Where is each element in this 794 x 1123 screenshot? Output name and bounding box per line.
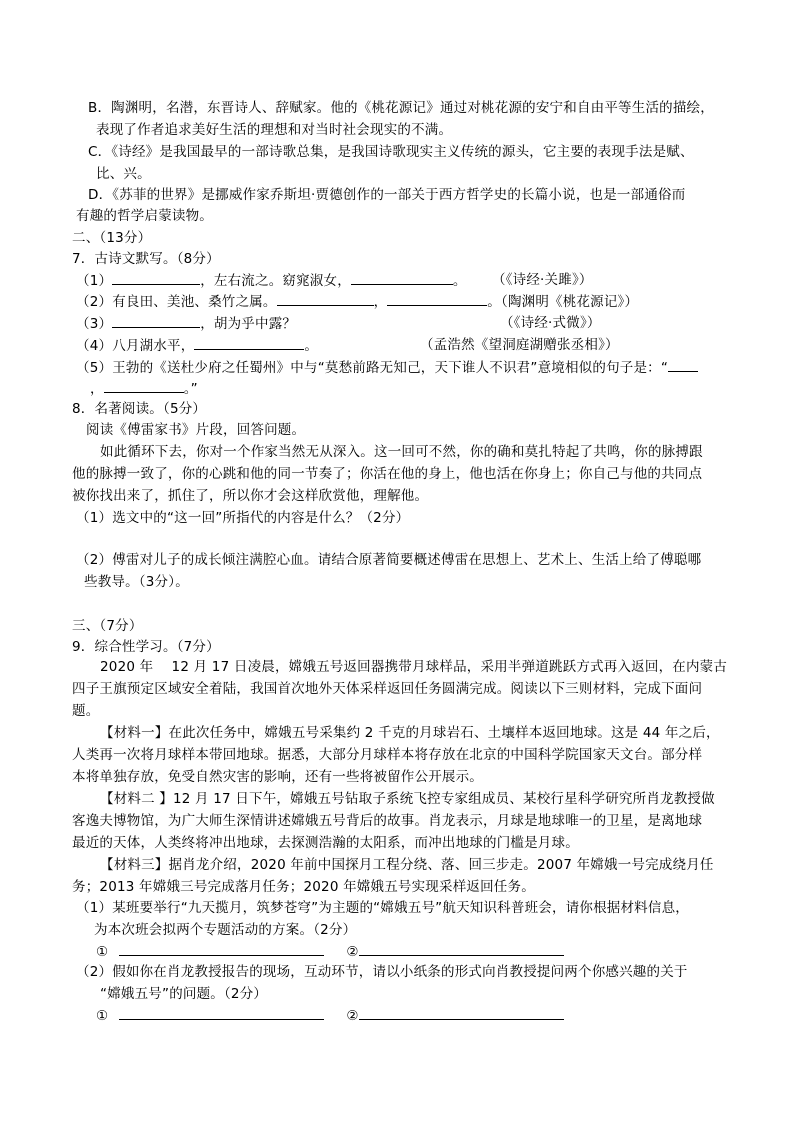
q7-5-end: 。”: [184, 381, 198, 397]
circle-1-marker: ①: [96, 944, 108, 960]
circle-2-marker: ②: [346, 944, 358, 960]
q7-1-end: 。: [453, 273, 467, 289]
circle-2-marker: ②: [346, 1008, 358, 1024]
q7-4-source: （孟浩然《望洞庭湖赠张丞相》）: [420, 335, 619, 355]
q8-sub2-line2: 些教导。（3分）。: [84, 572, 189, 592]
q9-sub1-line2: 为本次班会拟两个专题活动的方案。（2分）: [94, 920, 356, 940]
q7-5-text: （5）王勃的《送杜少府之任蜀州》中与“莫愁前路无知己，天下谁人不识君”意境相似的…: [76, 360, 668, 376]
q9-sub2-answer-1[interactable]: [119, 1005, 324, 1020]
option-c-line1: C．《诗经》是我国最早的一部诗歌总集，是我国诗歌现实主义传统的源头，它主要的表现…: [88, 142, 694, 162]
q7-title: 7．古诗文默写。（8分）: [72, 249, 220, 269]
q7-1-blank-a[interactable]: [112, 270, 200, 285]
q7-2-label: （2）有良田、美池、桑竹之属。: [76, 294, 277, 310]
q7-item-3: （3），胡为乎中露？: [76, 313, 296, 334]
q9-sub2-line1: （2）假如你在肖龙教授报告的现场，互动环节，请以小纸条的形式向肖教授提问两个你感…: [76, 962, 688, 982]
q7-item-1: （1），左右流之。窈窕淑女，。: [76, 270, 467, 291]
q9-title: 9．综合性学习。（7分）: [72, 637, 220, 657]
q9-sub2-answer-2[interactable]: [359, 1005, 564, 1020]
material-1-line3: 本将单独存放，免受自然灾害的影响，还有一些将被留作公开展示。: [72, 767, 483, 787]
q8-passage-line2: 他的脉搏一致了，你的心跳和他的同一节奏了；你活在他的身上，他也活在你身上；你自己…: [72, 464, 702, 484]
q9-sub1-answer-1[interactable]: [119, 941, 324, 956]
q7-2-blank-b[interactable]: [387, 291, 487, 306]
q7-3-blank[interactable]: [112, 313, 200, 328]
q9-sub1-answers: ① ②: [96, 941, 564, 962]
q7-4-label: （4）八月湖水平，: [76, 338, 194, 354]
q7-2-comma: ，: [374, 294, 388, 310]
q9-sub1-line1: （1）某班要举行“九天揽月，筑梦苍穹”为主题的“嫦娥五号”航天知识科普班会，请你…: [76, 898, 689, 918]
q7-5-blank-a[interactable]: [668, 357, 698, 372]
q8-passage-line3: 被你找出来了，抓住了，所以你才会这样欣赏他，理解他。: [72, 486, 428, 506]
q7-4-end: 。: [304, 338, 318, 354]
material-2-line3: 最近的天体，人类终将冲出地球，去探测浩瀚的太阳系，而冲出地球的门槛是月球。: [72, 833, 579, 853]
q7-item-5: （5）王勃的《送杜少府之任蜀州》中与“莫愁前路无知己，天下谁人不识君”意境相似的…: [76, 357, 698, 378]
q9-intro-line1: 2020 年 12 月 17 日凌晨，嫦娥五号返回器携带月球样品，采用半弹道跳跃…: [100, 657, 727, 677]
material-3-line2: 务；2013 年嫦娥三号完成落月任务；2020 年嫦娥五号实现采样返回任务。: [72, 877, 535, 897]
q8-title: 8．名著阅读。（5分）: [72, 399, 206, 419]
q9-intro-line3: 题。: [72, 701, 99, 721]
q7-item-5-line2: ，。”: [90, 378, 198, 399]
q7-item-2: （2）有良田、美池、桑竹之属。，。（陶渊明《桃花源记》）: [76, 291, 638, 312]
q7-2-blank-a[interactable]: [277, 291, 374, 306]
material-2-line1: 【材料二 】12 月 17 日下午，嫦娥五号钻取子系统飞控专家组成员、某校行星科…: [100, 789, 715, 809]
q8-intro: 阅读《傅雷家书》片段，回答问题。: [86, 420, 305, 440]
material-2-line2: 客逸夫博物馆，为广大师生深情讲述嫦娥五号背后的故事。肖龙表示，月球是地球唯一的卫…: [72, 811, 702, 831]
material-1-line1: 【材料一】在此次任务中，嫦娥五号采集约 2 千克的月球岩石、土壤样本返回地球。这…: [100, 723, 720, 743]
option-d-line1: D．《苏菲的世界》是挪威作家乔斯坦·贾德创作的一部关于西方哲学史的长篇小说，也是…: [88, 185, 685, 205]
q7-item-4: （4）八月湖水平，。: [76, 335, 318, 356]
q7-3-source: （《诗经·式微》）: [500, 313, 601, 333]
option-c-line2: 比、兴。: [96, 164, 151, 184]
q9-sub2-line2: “嫦娥五号”的问题。（2分）: [100, 984, 267, 1004]
q7-4-blank[interactable]: [194, 335, 304, 350]
option-b-line2: 表现了作者追求美好生活的理想和对当时社会现实的不满。: [96, 120, 452, 140]
material-3-line1: 【材料三】据肖龙介绍，2020 年前中国探月工程分绕、落、回三步走。2007 年…: [100, 855, 714, 875]
q8-sub2-line1: （2）傅雷对儿子的成长倾注满腔心血。请结合原著简要概述傅雷在思想上、艺术上、生活…: [76, 550, 701, 570]
q9-sub1-answer-2[interactable]: [359, 941, 564, 956]
q7-3-text: ，胡为乎中露？: [200, 316, 296, 332]
q7-5-blank-b[interactable]: [104, 378, 184, 393]
q7-1-text: ，左右流之。窈窕淑女，: [200, 273, 351, 289]
q7-3-label: （3）: [76, 316, 112, 332]
q7-1-blank-b[interactable]: [351, 270, 453, 285]
option-b-line1: B．陶渊明，名潜，东晋诗人、辞赋家。他的《桃花源记》通过对桃花源的安宁和自由平等…: [88, 98, 714, 118]
section-3-heading: 三、（7分）: [72, 616, 143, 636]
q9-sub2-answers: ① ②: [96, 1005, 564, 1026]
material-1-line2: 人类再一次将月球样本带回地球。据悉，大部分月球样本将存放在北京的中国科学院国家天…: [72, 745, 702, 765]
circle-1-marker: ①: [96, 1008, 108, 1024]
q8-passage-line1: 如此循环下去，你对一个作家当然无从深入。这一回可不然，你的确和莫扎特起了共鸣，你…: [100, 442, 703, 462]
q7-2-source: 。（陶渊明《桃花源记》）: [487, 294, 638, 310]
q8-sub1: （1）选文中的“这一回”所指代的内容是什么？（2分）: [76, 508, 409, 528]
exam-page: B．陶渊明，名潜，东晋诗人、辞赋家。他的《桃花源记》通过对桃花源的安宁和自由平等…: [0, 0, 794, 1123]
q7-5-comma: ，: [90, 381, 104, 397]
section-2-heading: 二、（13分）: [72, 228, 151, 248]
q9-intro-line2: 四子王旗预定区域安全着陆，我国首次地外天体采样返回任务圆满完成。阅读以下三则材料…: [72, 679, 702, 699]
q7-1-source: （《诗经·关雎》）: [492, 270, 593, 290]
option-d-line2: 有趣的哲学启蒙读物。: [76, 206, 213, 226]
q7-1-label: （1）: [76, 273, 112, 289]
